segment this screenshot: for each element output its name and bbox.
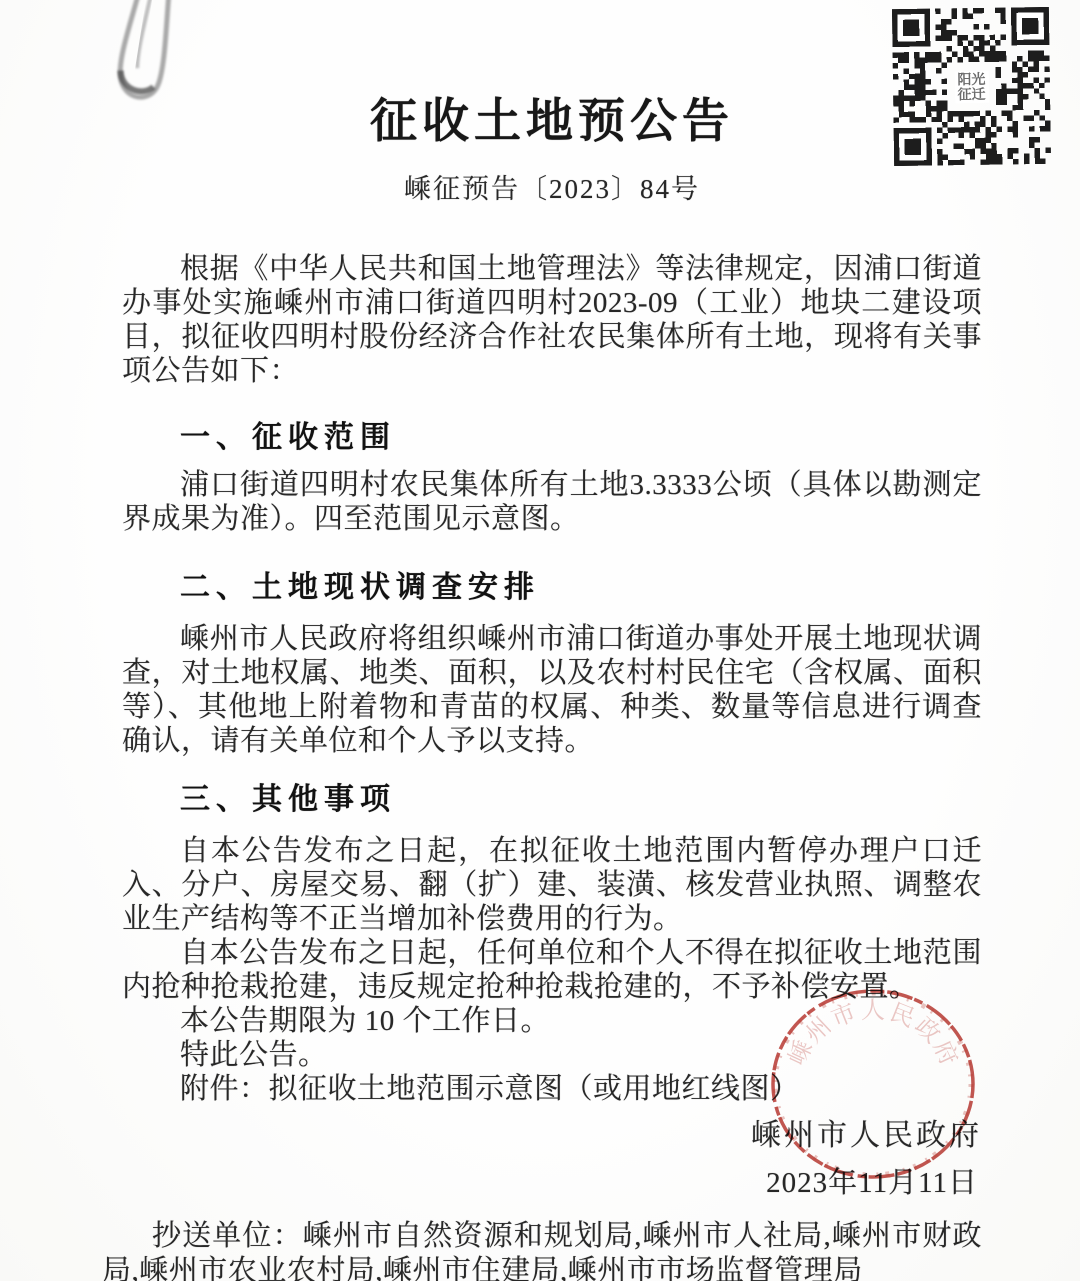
- notice-content: 征收土地预公告 嵊征预告〔2023〕84号 根据《中华人民共和国土地管理法》等法…: [0, 0, 1080, 1281]
- section-heading-survey: 二、土地现状调查安排: [180, 562, 982, 606]
- cc-line: 抄送单位：嵊州市自然资源和规划局,嵊州市人社局,嵊州市财政局,嵊州市农业农村局,…: [102, 1219, 982, 1281]
- closing-lines: 本公告期限为 10 个工作日。 特此公告。 附件：拟征收土地范围示意图（或用地红…: [122, 1004, 982, 1106]
- doc-number: 嵊征预告〔2023〕84号: [122, 167, 982, 206]
- notice-period-line: 本公告期限为 10 个工作日。: [122, 1004, 982, 1038]
- scanned-notice-page: 阳光 征迁 嵊州市人民政府 征收土地预公告 嵊征预告〔2023〕84号 根据《中…: [0, 0, 1080, 1281]
- section-paragraph-scope: 浦口街道四明村农民集体所有土地3.3333公顷（具体以勘测定界成果为准）。四至范…: [122, 468, 982, 536]
- issuer-signature: 嵊州市人民政府: [122, 1110, 982, 1154]
- signature-date: 2023年11月11日: [122, 1160, 982, 1201]
- section-heading-other: 三、其他事项: [180, 774, 982, 818]
- section-paragraph-other-1: 自本公告发布之日起，在拟征收土地范围内暂停办理户口迁入、分户、房屋交易、翻（扩）…: [122, 834, 982, 936]
- section-paragraph-survey: 嵊州市人民政府将组织嵊州市浦口街道办事处开展土地现状调查，对土地权属、地类、面积…: [122, 622, 982, 758]
- hereby-announced-line: 特此公告。: [122, 1038, 982, 1072]
- section-paragraph-other-2: 自本公告发布之日起，任何单位和个人不得在拟征收土地范围内抢种抢栽抢建，违反规定抢…: [122, 936, 982, 1004]
- intro-paragraph: 根据《中华人民共和国土地管理法》等法律规定，因浦口街道办事处实施嵊州市浦口街道四…: [122, 252, 982, 388]
- section-heading-scope: 一、征收范围: [180, 412, 982, 456]
- attachment-line: 附件：拟征收土地范围示意图（或用地红线图）: [122, 1072, 982, 1106]
- page-title: 征收土地预公告: [122, 84, 982, 151]
